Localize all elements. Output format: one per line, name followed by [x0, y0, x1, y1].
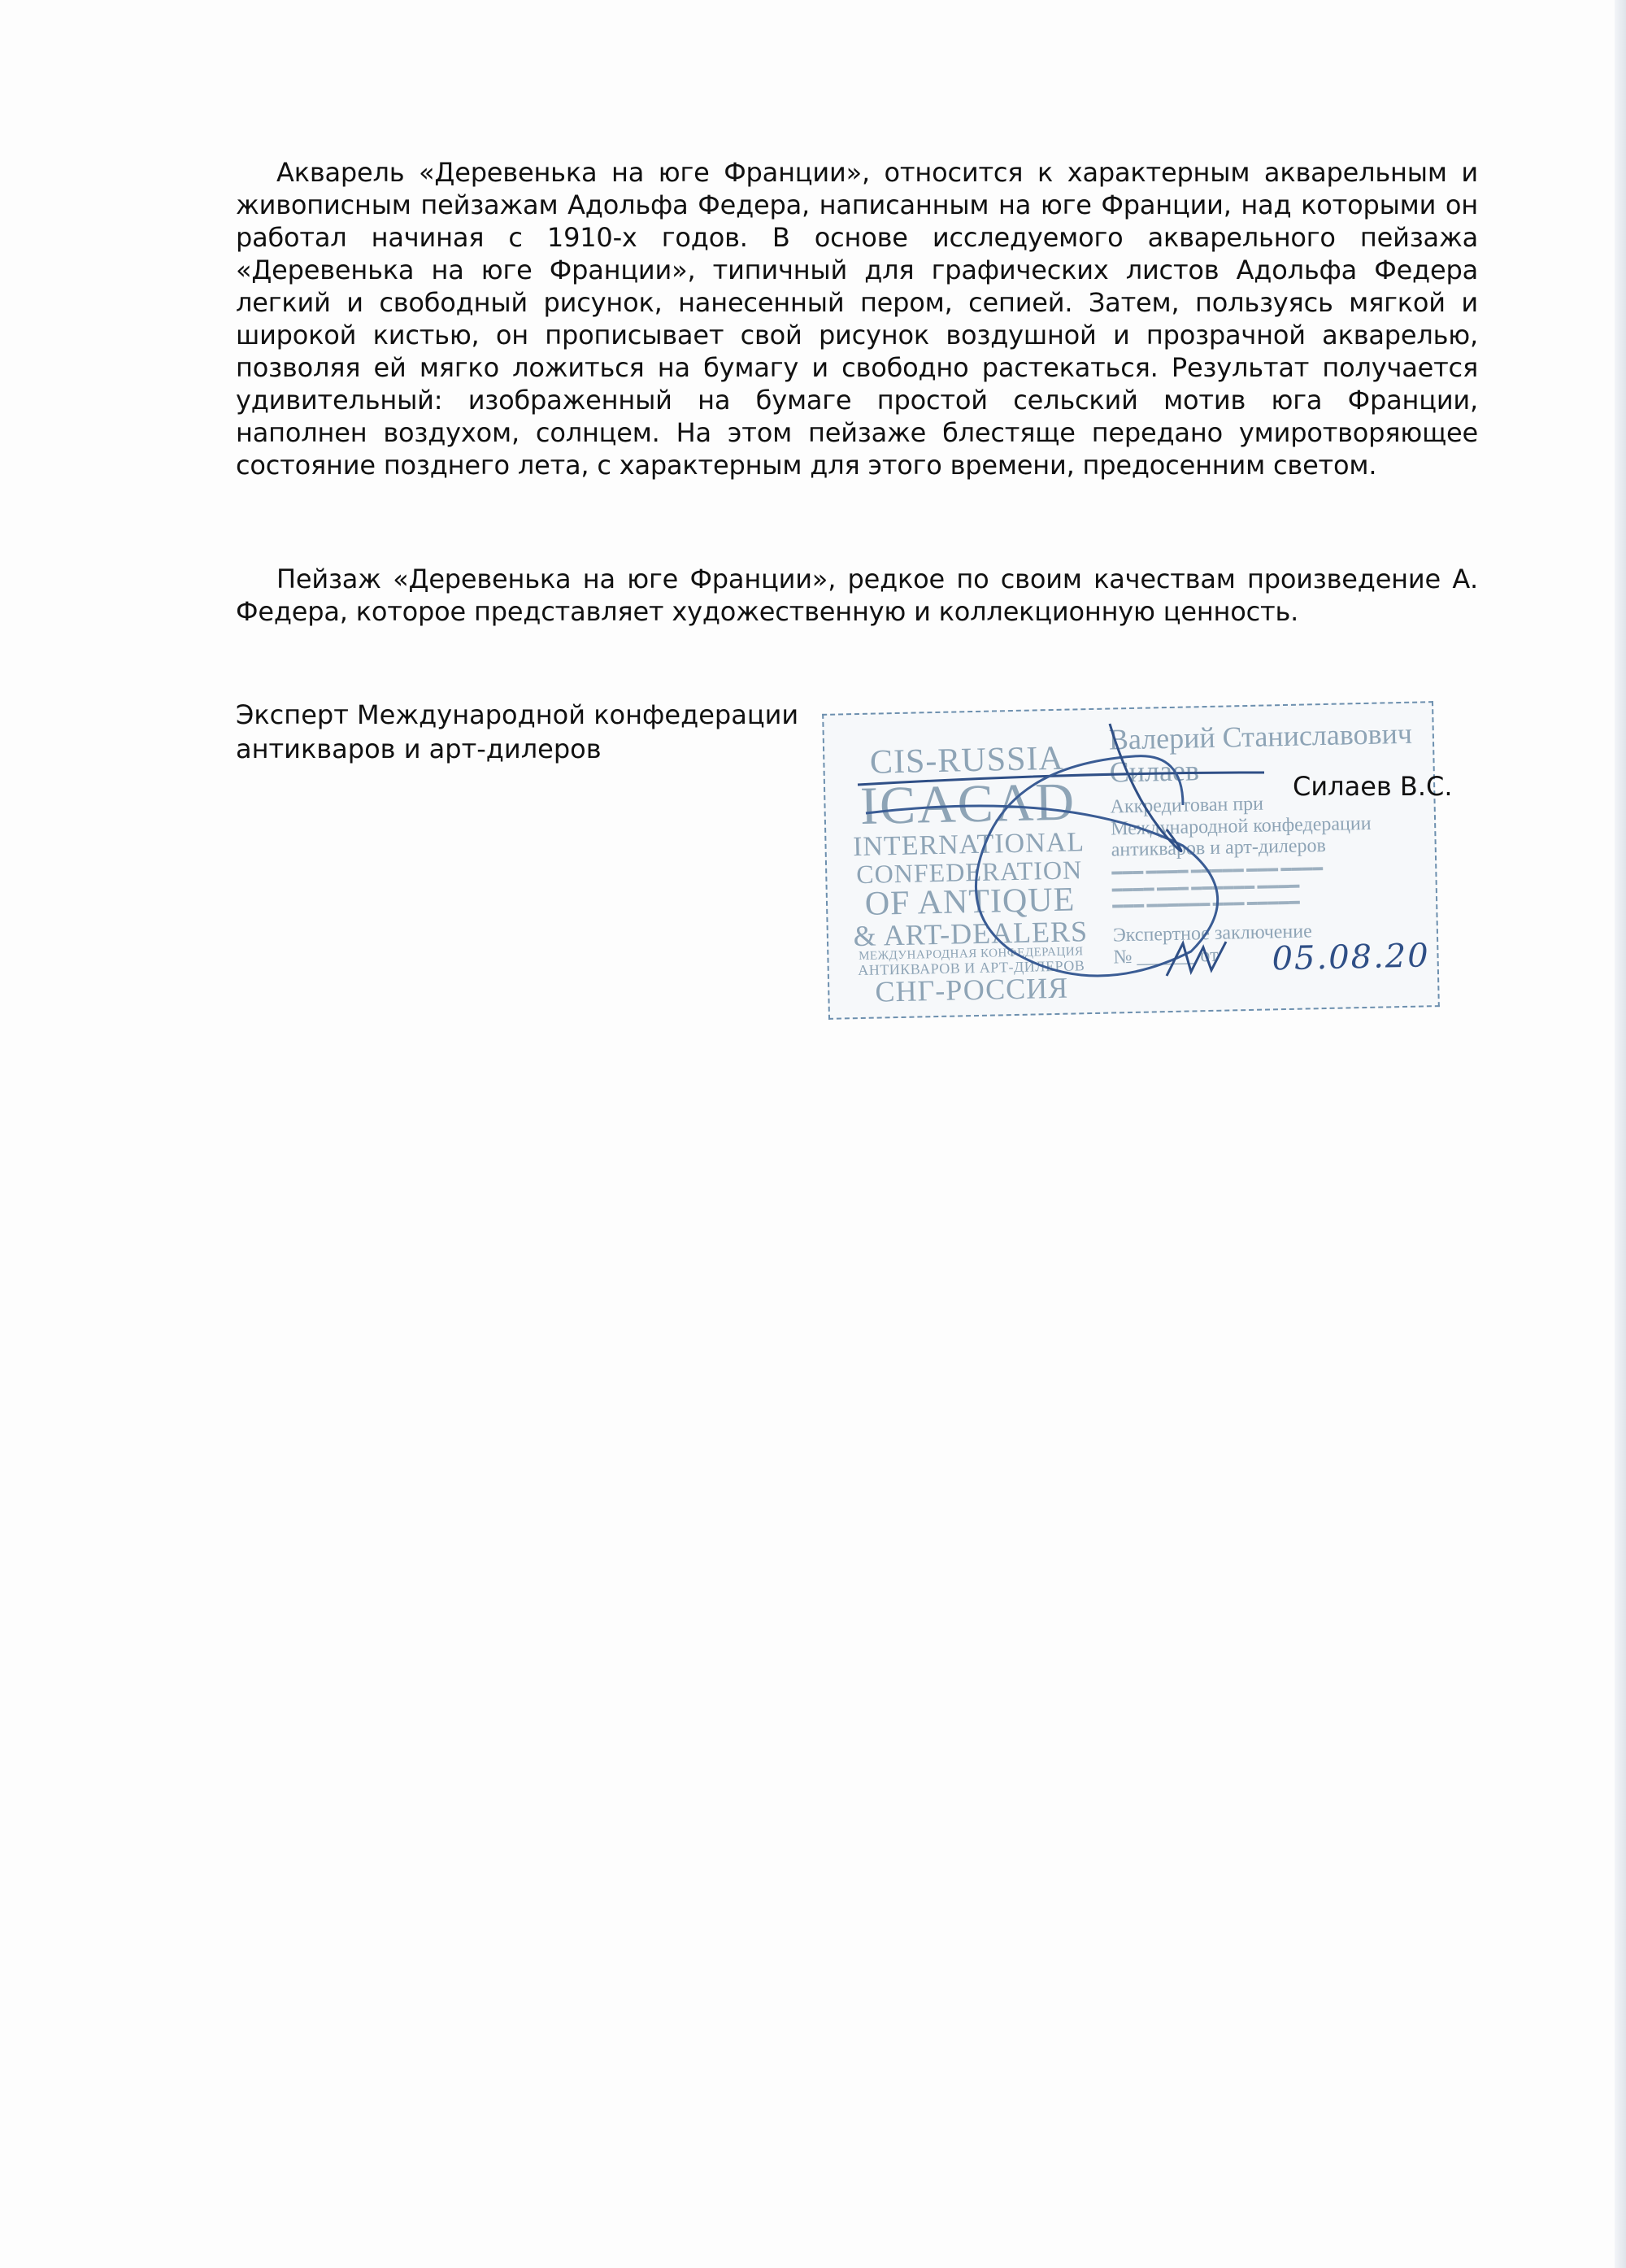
- stamp-logo-block: CIS-RUSSIA ICACAD INTERNATIONAL CONFEDER…: [833, 741, 1106, 1008]
- paragraph-2: Пейзаж «Деревенька на юге Франции», редк…: [236, 563, 1478, 628]
- paragraph-1: Акварель «Деревенька на юге Франции», от…: [236, 156, 1478, 481]
- expert-stamp: CIS-RUSSIA ICACAD INTERNATIONAL CONFEDER…: [822, 701, 1440, 1020]
- expert-title-line-2: антикваров и арт-дилеров: [236, 732, 798, 766]
- stamp-holder-block: Валерий Станиславович Силаев Аккредитова…: [1108, 717, 1430, 968]
- expert-name: Силаев В.С.: [1293, 771, 1453, 802]
- expert-title: Эксперт Международной конфедерации антик…: [236, 698, 798, 766]
- page-edge: [1615, 0, 1626, 2268]
- stamp-line: СНГ-РОССИЯ: [837, 973, 1106, 1008]
- stamp-fine-print: ▬▬▬▬ ▬▬▬ ▬▬▬▬▬▬ ▬▬▬▬: [1112, 876, 1429, 894]
- paragraph-description: Акварель «Деревенька на юге Франции», от…: [236, 156, 1478, 481]
- expert-title-line-1: Эксперт Международной конфедерации: [236, 698, 798, 732]
- stamp-line: ICACAD: [833, 775, 1102, 834]
- stamp-fine-print: ▬▬▬ ▬▬▬▬▬▬ ▬▬▬ ▬▬▬▬▬: [1112, 892, 1429, 910]
- stamp-holder-name: Валерий Станиславович: [1108, 717, 1426, 756]
- stamp-fine-print: ▬▬▬ ▬▬▬▬ ▬▬▬▬▬ ▬▬▬ ▬▬▬▬: [1111, 860, 1428, 877]
- paragraph-conclusion: Пейзаж «Деревенька на юге Франции», редк…: [236, 563, 1478, 628]
- handwritten-date: 05.08.20: [1272, 937, 1430, 977]
